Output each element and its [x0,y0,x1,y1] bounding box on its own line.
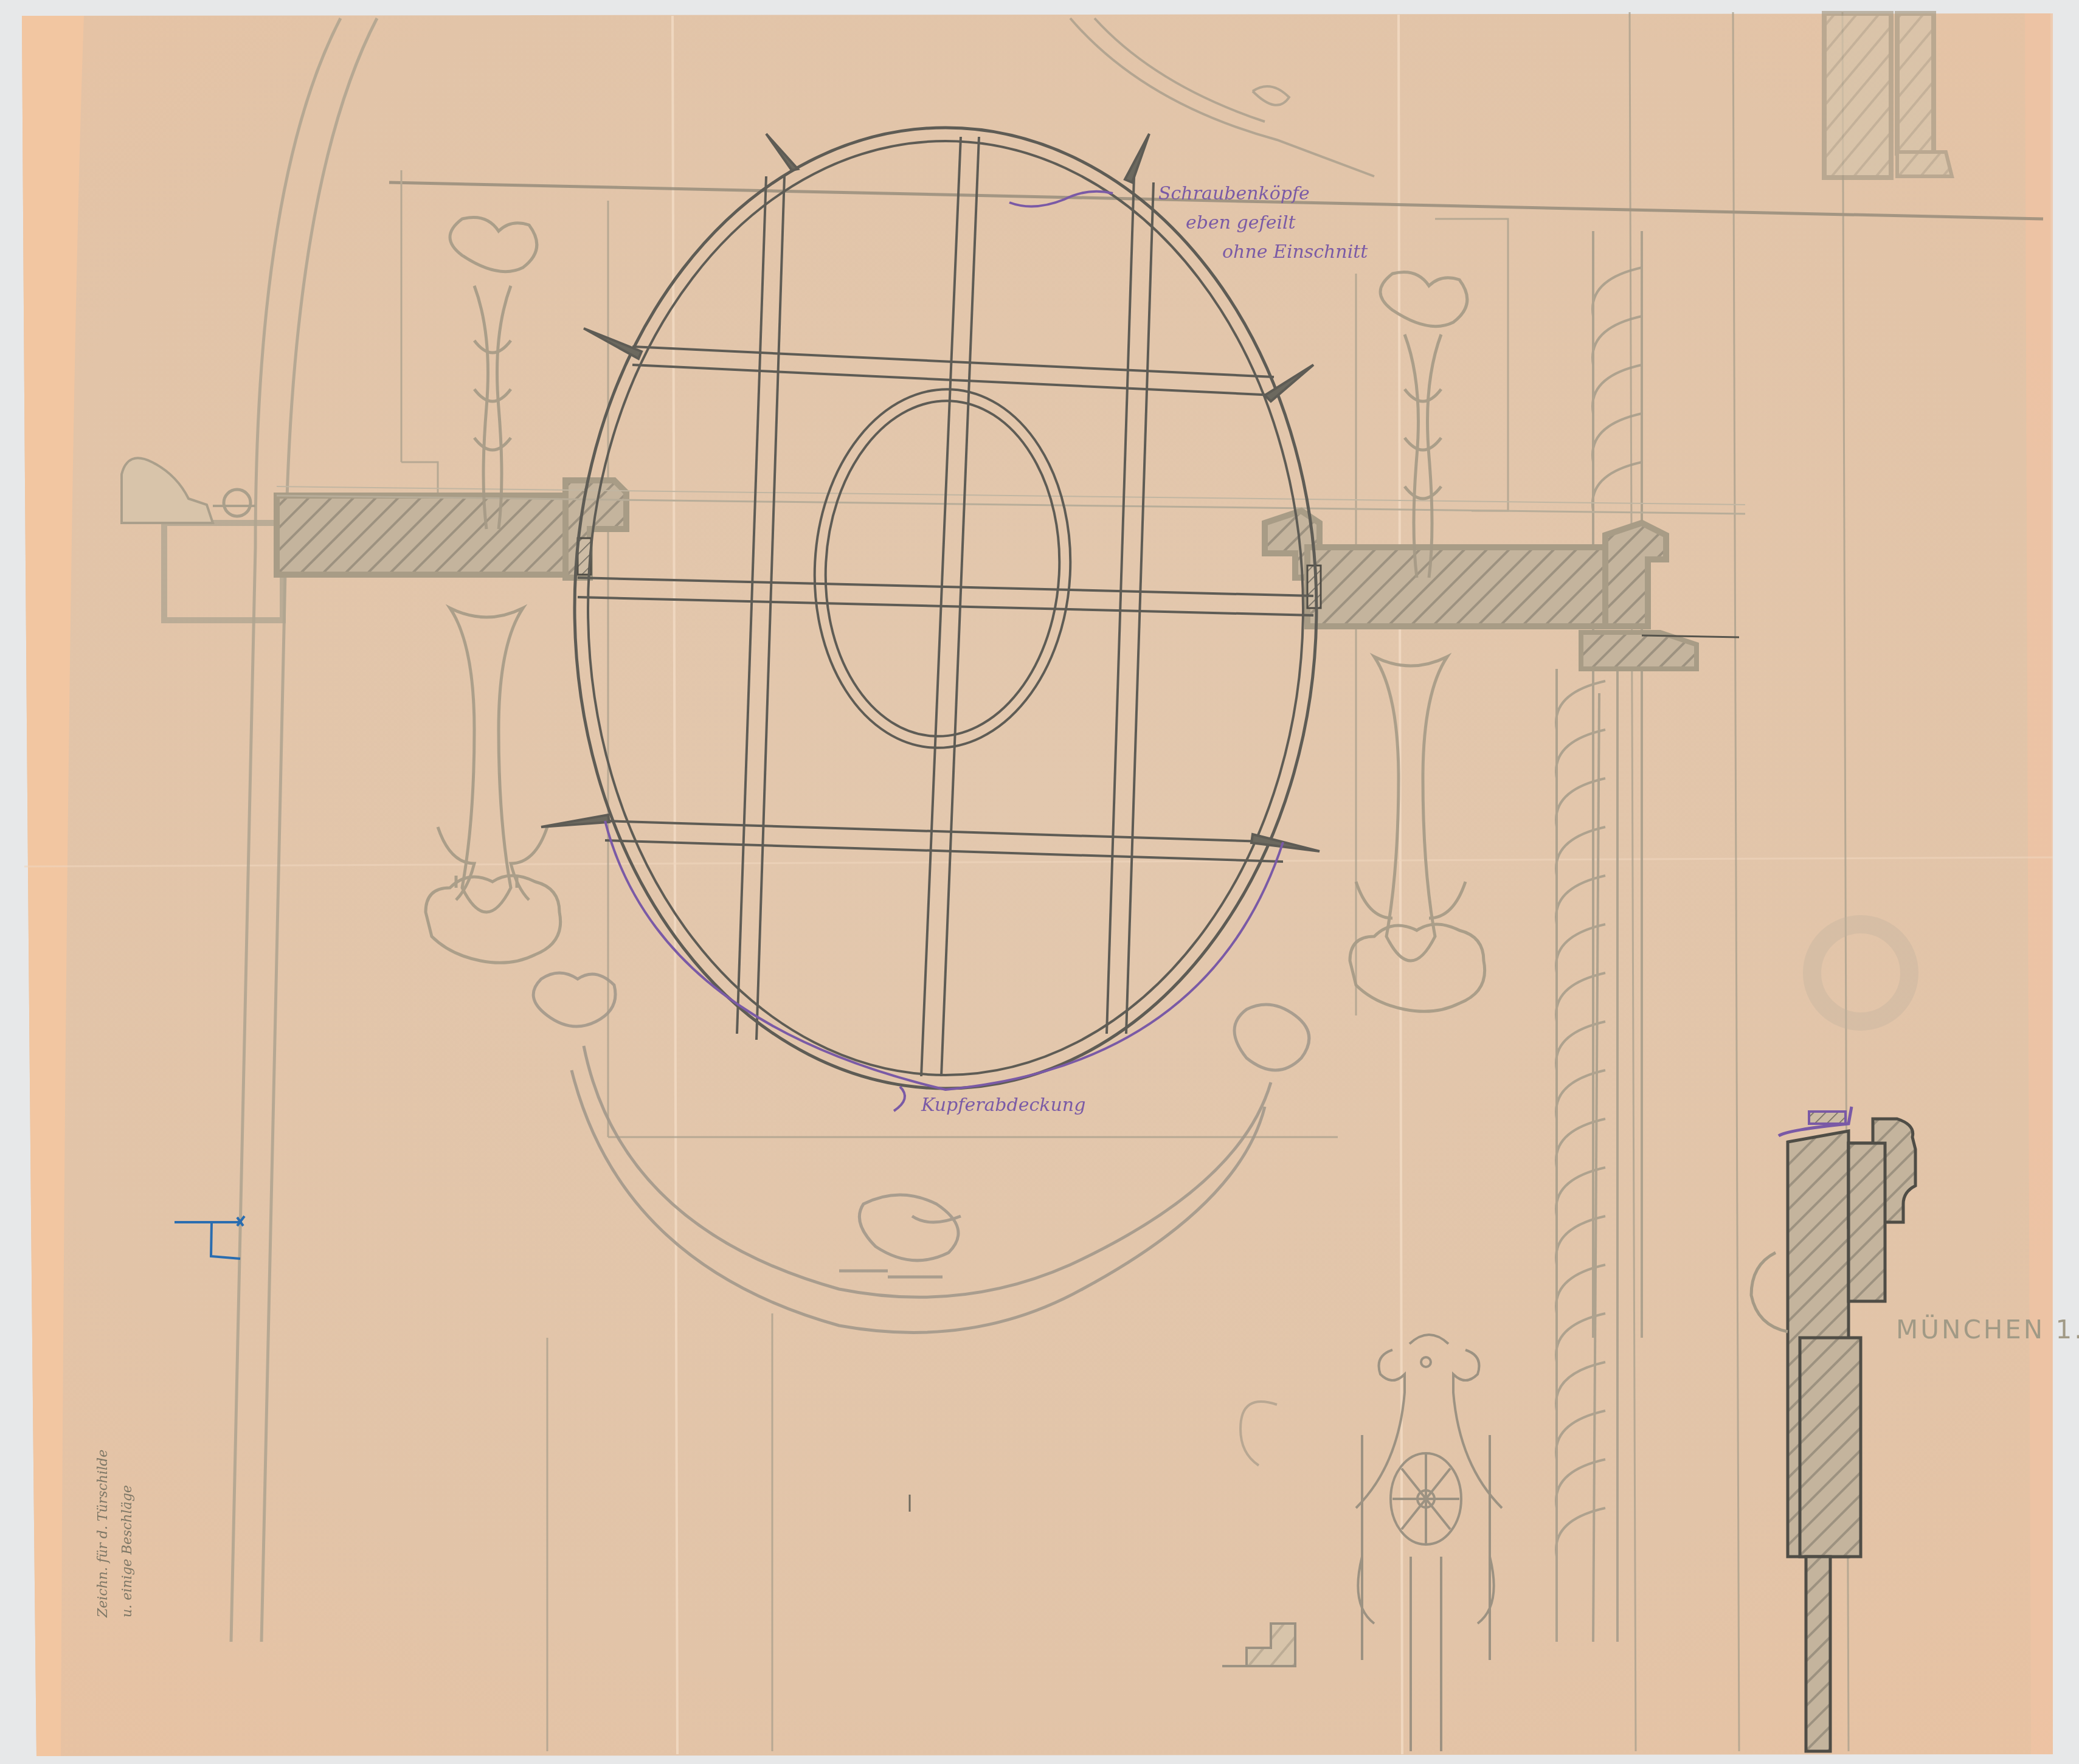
annotation-city-stamp: MÜNCHEN 1.1 [1896,1315,2079,1344]
drawing-canvas [0,0,2079,1764]
annotation-line: Schraubenköpfe [1158,179,1368,209]
top-profile-section [1824,13,1952,178]
annotation-line: Zeichn. für d. Türschilde [91,1450,116,1617]
annotation-line: u. einige Beschläge [116,1450,140,1617]
annotation-screw-heads: Schraubenköpfe eben gefeilt ohne Einschn… [1158,179,1368,267]
annotation-copper-cover: Kupferabdeckung [921,1095,1085,1116]
annotation-line: ohne Einschnitt [1158,238,1368,267]
drawing-sheet: Schraubenköpfe eben gefeilt ohne Einschn… [0,0,2079,1764]
annotation-margin-note: Zeichn. für d. Türschilde u. einige Besc… [91,1450,140,1617]
annotation-line: eben gefeilt [1158,209,1368,238]
paper [22,13,2053,1756]
